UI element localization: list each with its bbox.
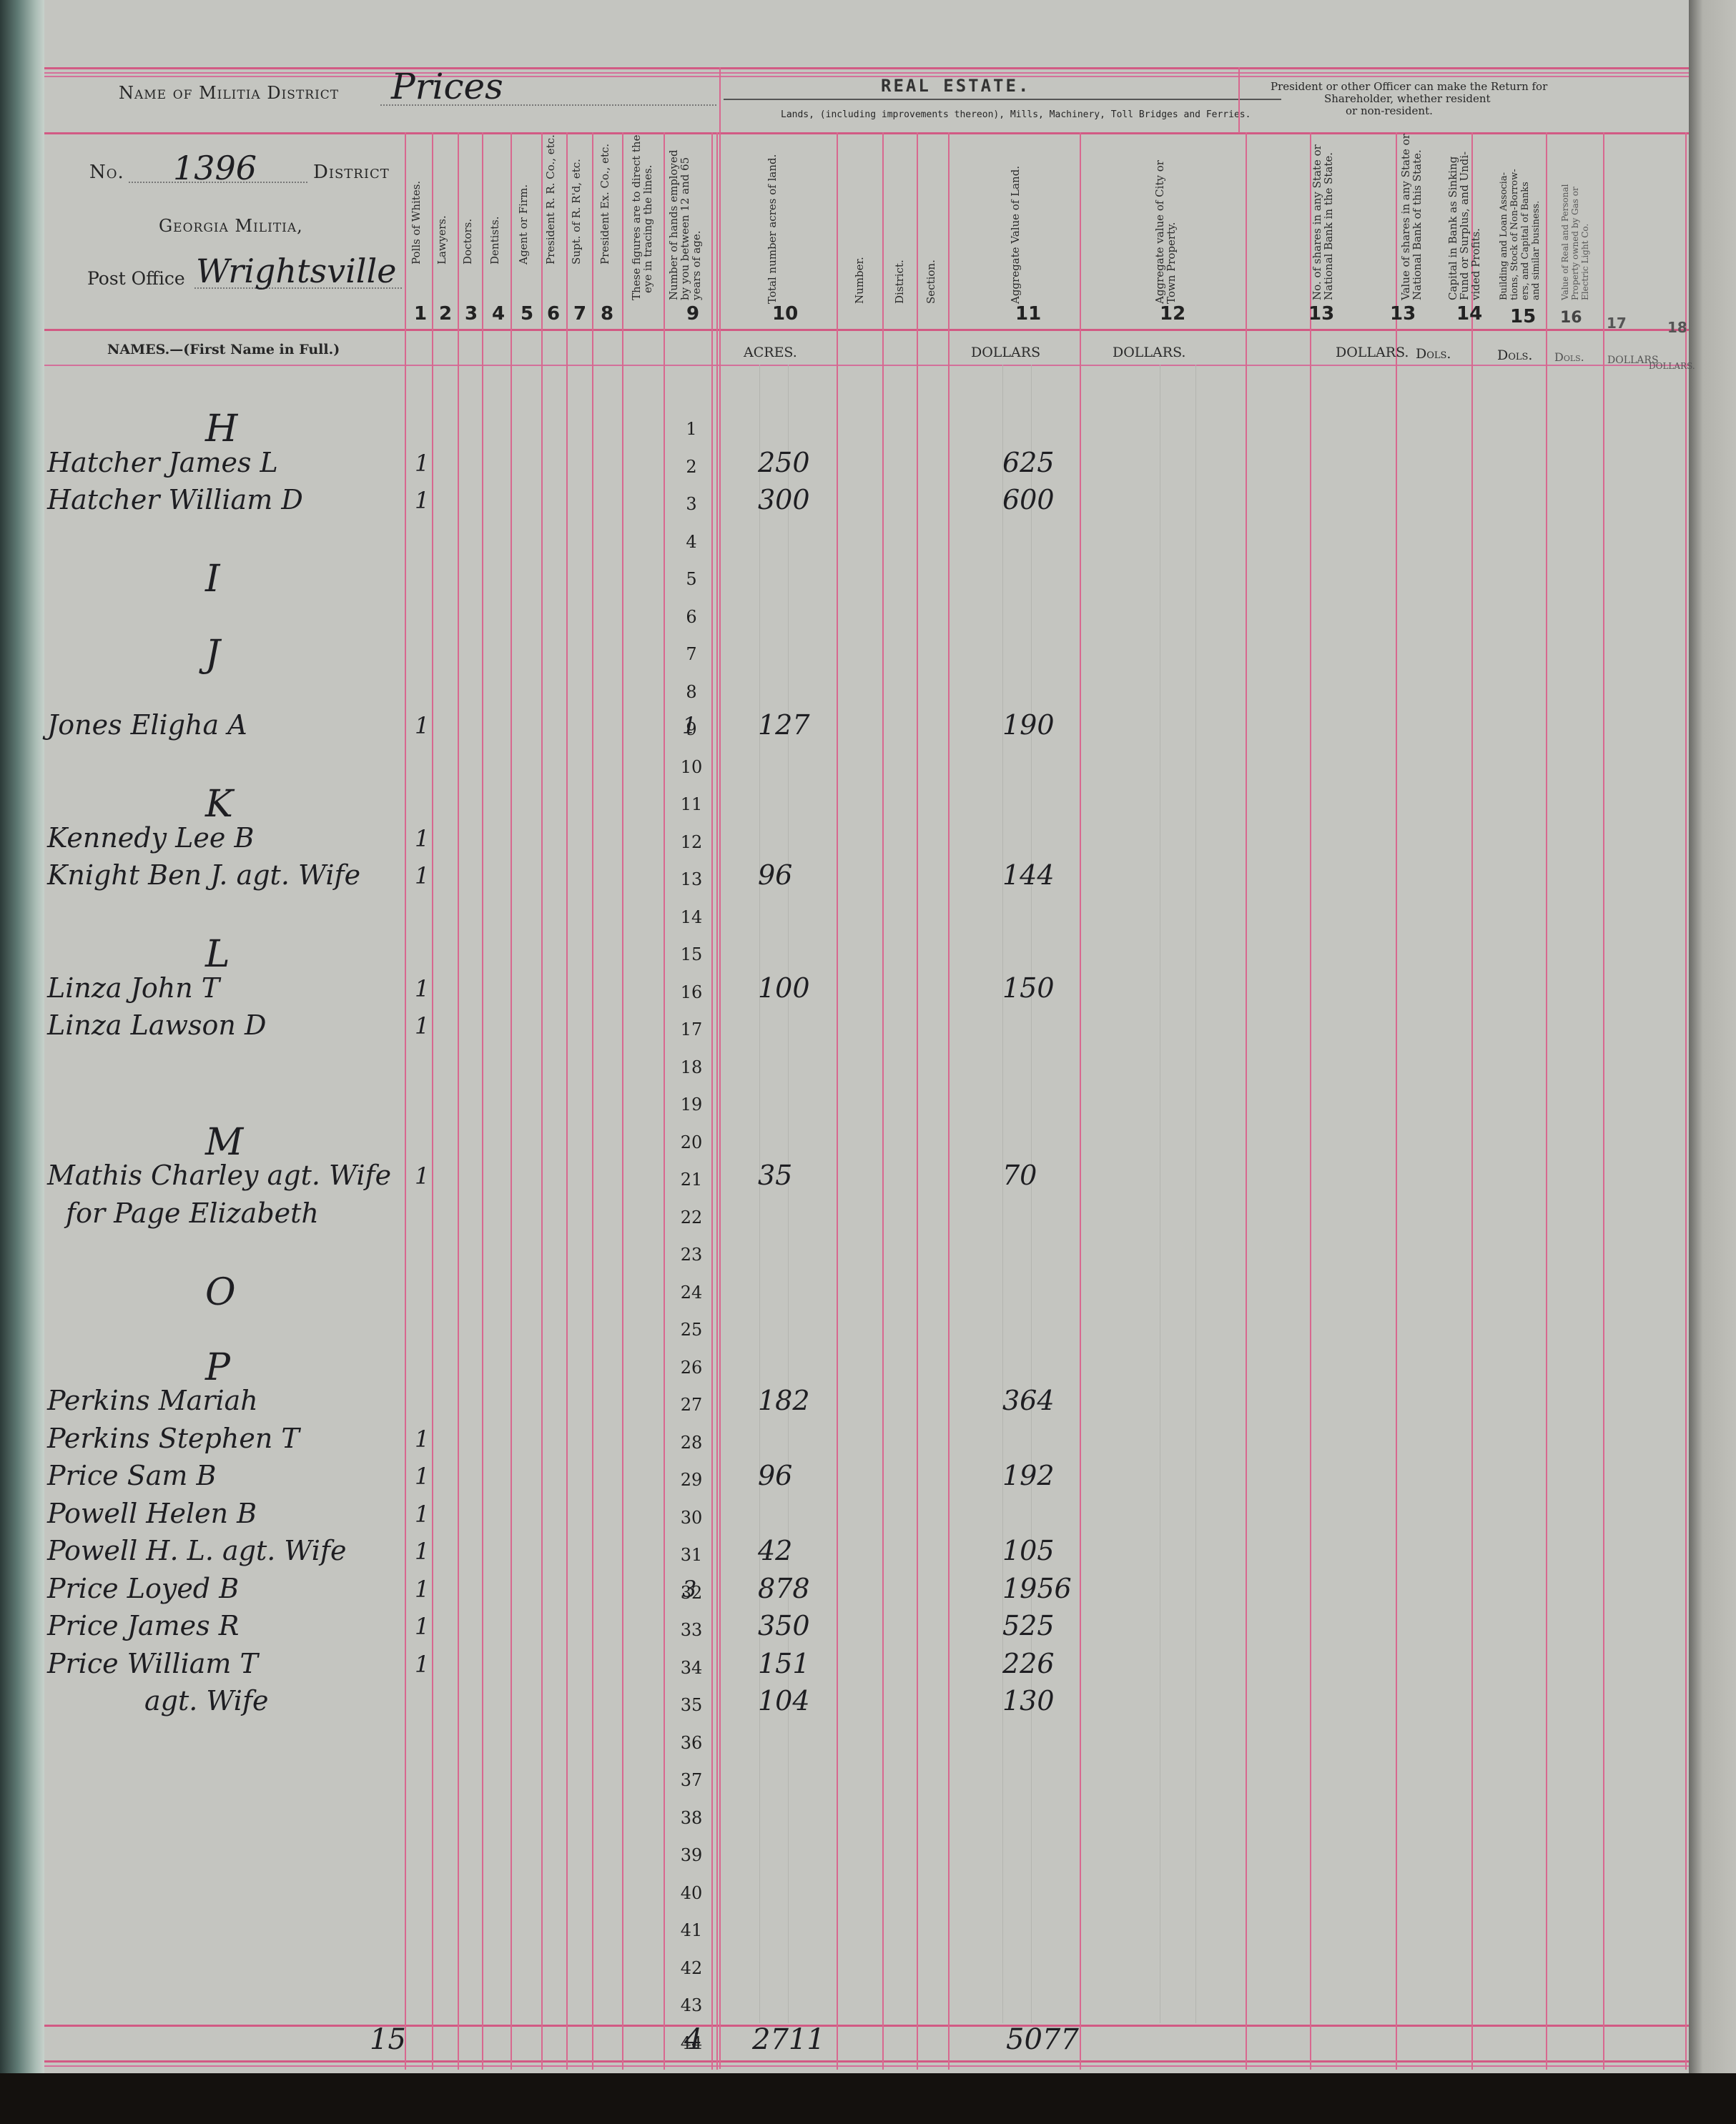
entry-name: Powell H. L. agt. Wife (47, 1535, 347, 1566)
line-number: 25 (674, 1320, 709, 1340)
line-number: 27 (674, 1395, 709, 1415)
real-estate-left-rule (719, 67, 721, 2069)
entry-polls: 1 (415, 1501, 429, 1528)
facing-page-edge (1689, 0, 1736, 2124)
entry-hands: 1 (682, 712, 696, 739)
col13b-rule (1396, 132, 1397, 2070)
entry-polls: 1 (415, 1426, 429, 1453)
colnum-17: 17 (1607, 315, 1627, 332)
line-number: 24 (674, 1283, 709, 1303)
entry-acres: 96 (758, 1460, 792, 1491)
col8-rule (622, 132, 623, 2070)
colnum-4: 4 (492, 303, 505, 325)
line-number: 16 (674, 982, 709, 1002)
unit-capital-dols: Dols. (1416, 346, 1451, 362)
alphabet-heading: J (205, 633, 220, 676)
entry-land-value: 150 (1002, 972, 1055, 1004)
col2-rule (458, 132, 459, 2070)
entry-name: Hatcher James L (47, 447, 278, 478)
entry-polls: 1 (415, 1576, 429, 1603)
col-header-aggregate-land: Aggregate Value of Land. (1010, 166, 1022, 304)
entry-name: Knight Ben J. agt. Wife (47, 859, 360, 891)
col-header-shares-value-2: National Bank of this State. (1411, 149, 1424, 300)
colnum-11: 11 (1015, 303, 1041, 325)
col11-rule (1080, 132, 1081, 2070)
entry-name: agt. Wife (144, 1685, 269, 1717)
unit-city-dollars: DOLLARS. (1113, 345, 1185, 360)
unit-shares-dollars: DOLLARS. (1336, 345, 1409, 360)
total-value: 5077 (1006, 2023, 1079, 2056)
entry-name: Price James R (47, 1610, 239, 1641)
top-rule-3 (44, 76, 1689, 77)
subrule (1031, 365, 1032, 2023)
district-name-value: Prices (391, 66, 503, 107)
alphabet-heading: P (205, 1346, 230, 1389)
line-number: 39 (674, 1845, 709, 1865)
alphabet-heading: I (205, 558, 220, 601)
line-number: 7 (674, 644, 709, 664)
district-label: Name of Militia District (119, 83, 339, 103)
entry-acres: 35 (758, 1160, 792, 1191)
section-rule (948, 132, 950, 2070)
totals-bottom-rule-2 (44, 2065, 1689, 2067)
col-header-hands-3: years of age. (691, 231, 703, 300)
line-number: 28 (674, 1433, 709, 1453)
entry-name: Perkins Stephen T (47, 1423, 300, 1454)
col-header-acres: Total number acres of land. (766, 154, 779, 304)
col7-rule (592, 132, 593, 2070)
col-header-supt-rr: Supt. of R. R'd, etc. (571, 159, 583, 265)
unit-building-dols: Dols. (1497, 347, 1532, 363)
colnum-3: 3 (465, 303, 478, 325)
header-rule (44, 132, 1689, 134)
real-estate-title: REAL ESTATE. (881, 76, 1030, 96)
line-number: 22 (674, 1207, 709, 1228)
entry-land-value: 226 (1002, 1648, 1055, 1679)
col-header-gas-3: Electric Light Co. (1580, 224, 1590, 300)
col5-rule (541, 132, 543, 2070)
entry-polls: 1 (415, 1613, 429, 1640)
entry-name: Perkins Mariah (47, 1385, 258, 1416)
colnum-10: 10 (772, 303, 798, 325)
col-header-capital-3: vided Profits. (1470, 228, 1482, 300)
col-header-building-3: ers, and Capital of Banks (1520, 182, 1531, 300)
entry-acres: 100 (758, 972, 810, 1004)
entry-land-value: 105 (1002, 1535, 1055, 1566)
alphabet-heading: H (205, 407, 237, 450)
entry-polls: 1 (415, 862, 429, 889)
line-number: 14 (674, 907, 709, 927)
line-number: 8 (674, 682, 709, 702)
line-number: 37 (674, 1770, 709, 1790)
entry-hands: 3 (682, 1576, 696, 1603)
line-number: 19 (674, 1095, 709, 1115)
entry-name: Mathis Charley agt. Wife (47, 1160, 391, 1191)
entry-land-value: 190 (1002, 709, 1055, 741)
entry-land-value: 130 (1002, 1685, 1055, 1717)
line-number: 12 (674, 832, 709, 852)
entry-name: Price Loyed B (47, 1573, 239, 1604)
desk-shadow (0, 2073, 1736, 2124)
col-header-dentists: Dentists. (489, 216, 501, 265)
shareholder-note-line1: President or other Officer can make the … (1271, 80, 1547, 93)
militia-label: Georgia Militia, (159, 216, 303, 236)
col-header-agent: Agent or Firm. (518, 184, 530, 265)
entry-acres: 104 (758, 1685, 810, 1717)
line-number: 36 (674, 1733, 709, 1753)
total-hands: 4 (684, 2023, 702, 2056)
entry-land-value: 600 (1002, 484, 1055, 515)
colnum-1: 1 (414, 303, 427, 325)
names-column-header: NAMES.—(First Name in Full.) (107, 342, 340, 357)
line-number: 35 (674, 1695, 709, 1715)
col-header-gas-1: Value of Real and Personal (1560, 184, 1570, 300)
col3-rule (482, 132, 483, 2070)
entry-polls: 1 (415, 825, 429, 852)
col-header-president-rr: President R. R. Co., etc. (545, 134, 557, 265)
line-number: 4 (674, 532, 709, 552)
post-office-value: Wrightsville (196, 252, 396, 290)
entry-acres: 250 (758, 447, 810, 478)
colnum-2: 2 (439, 303, 452, 325)
district-rule (917, 132, 918, 2070)
colnum-18: 18 (1667, 319, 1687, 336)
entry-name: Linza John T (47, 972, 220, 1004)
line-number: 26 (674, 1358, 709, 1378)
col-header-building-1: Building and Loan Associa- (1499, 172, 1509, 300)
entry-polls: 1 (415, 712, 429, 739)
line-number: 11 (674, 794, 709, 814)
entry-polls: 1 (415, 487, 429, 514)
line-number: 5 (674, 569, 709, 589)
post-office-label: Post Office (87, 268, 185, 289)
alphabet-heading: O (205, 1271, 236, 1314)
shareholder-note-line3: or non-resident. (1346, 104, 1433, 117)
alphabet-heading: K (205, 783, 233, 826)
entry-name: Hatcher William D (47, 484, 303, 515)
names-right-rule (405, 132, 406, 2070)
entry-acres: 300 (758, 484, 810, 515)
line-number: 31 (674, 1545, 709, 1565)
number-rule (882, 132, 884, 2070)
colnum-9: 9 (686, 303, 699, 325)
subrule (1002, 365, 1003, 2023)
line-number: 30 (674, 1508, 709, 1528)
col6-rule (566, 132, 568, 2070)
entry-polls: 1 (415, 1463, 429, 1490)
line-number: 21 (674, 1170, 709, 1190)
district-number-value: 1396 (173, 149, 257, 187)
line-number: 10 (674, 757, 709, 777)
colnum-6: 6 (547, 303, 560, 325)
colnum-12: 12 (1160, 303, 1185, 325)
entry-acres: 96 (758, 859, 792, 891)
col-header-president-ex: President Ex. Co., etc. (599, 144, 611, 265)
line-number: 20 (674, 1132, 709, 1152)
units-rule (44, 365, 1689, 366)
entry-land-value: 364 (1002, 1385, 1055, 1416)
col10-rule (837, 132, 838, 2070)
line-number: 34 (674, 1658, 709, 1678)
col-header-building-4: and similar business. (1531, 201, 1542, 300)
subrule (1160, 365, 1160, 2023)
colnum-5: 5 (521, 303, 533, 325)
line-number: 15 (674, 944, 709, 964)
entry-name: Linza Lawson D (47, 1009, 266, 1041)
unit-18-dollars: DOLLARS. (1649, 361, 1695, 371)
unit-land-dollars: DOLLARS (971, 345, 1040, 360)
line-number: 40 (674, 1883, 709, 1903)
entry-acres: 42 (758, 1535, 792, 1566)
total-polls: 15 (370, 2023, 406, 2056)
line-number: 38 (674, 1808, 709, 1828)
number-label: No. (89, 162, 124, 183)
col15-rule (1546, 132, 1547, 2070)
entry-land-value: 1956 (1002, 1573, 1072, 1604)
line-number: 6 (674, 607, 709, 627)
col-header-building-2: tions, Stock of Non-Borrow- (1509, 169, 1520, 300)
subrule (788, 365, 789, 2023)
real-estate-subtitle: Lands, (including improvements thereon),… (781, 109, 1251, 120)
col-header-tracing-2: eye in tracing the lines. (642, 164, 654, 293)
entry-name: Kennedy Lee B (47, 822, 254, 854)
entry-acres: 182 (758, 1385, 810, 1416)
colnum-15: 15 (1510, 306, 1536, 327)
col-header-section: Section. (925, 260, 937, 304)
ledger-page: Name of Militia District Prices REAL EST… (44, 0, 1689, 2073)
gutter-rule (1685, 132, 1687, 2070)
line-number: 2 (674, 457, 709, 477)
entry-acres: 878 (758, 1573, 810, 1604)
line-number: 41 (674, 1920, 709, 1940)
col-header-number: Number. (854, 257, 866, 304)
col-header-shares-no-2: National Bank in the State. (1323, 152, 1335, 300)
top-rule (44, 67, 1689, 69)
entry-land-value: 144 (1002, 859, 1055, 891)
col-header-lawyers: Lawyers. (436, 215, 448, 265)
entry-land-value: 525 (1002, 1610, 1055, 1641)
entry-name: for Page Elizabeth (66, 1197, 319, 1229)
col16-rule (1603, 132, 1604, 2070)
entry-name: Powell Helen B (47, 1498, 257, 1529)
col4-rule (511, 132, 512, 2070)
colnum-16: 16 (1560, 309, 1582, 327)
total-acres: 2711 (752, 2023, 825, 2056)
line-number: 33 (674, 1620, 709, 1640)
colnum-8: 8 (601, 303, 613, 325)
entry-acres: 127 (758, 709, 810, 741)
line-number: 23 (674, 1245, 709, 1265)
colnum-13b: 13 (1390, 303, 1416, 325)
col9-rule (711, 132, 718, 2070)
line-number: 17 (674, 1019, 709, 1039)
col-header-polls: Polls of Whites. (410, 181, 423, 265)
line-number: 18 (674, 1057, 709, 1077)
colnum-7: 7 (573, 303, 586, 325)
entry-name: Price William T (47, 1648, 258, 1679)
col14-rule (1471, 132, 1473, 2070)
district-suffix: District (313, 162, 390, 183)
col-header-gas-2: Property owned by Gas or (1570, 187, 1580, 300)
totals-bottom-rule (44, 2060, 1689, 2063)
colnum-14: 14 (1456, 303, 1482, 325)
col-header-doctors: Doctors. (462, 219, 474, 265)
entry-polls: 1 (415, 1538, 429, 1565)
line-number: 3 (674, 494, 709, 514)
linenum-rule (664, 132, 665, 2070)
shareholder-note-line2: Shareholder, whether resident (1324, 92, 1491, 105)
alphabet-heading: L (205, 933, 230, 976)
entry-polls: 1 (415, 975, 429, 1002)
col12-rule (1246, 132, 1247, 2070)
subrule (1195, 365, 1196, 2023)
subrule (759, 365, 760, 2023)
line-number: 43 (674, 1995, 709, 2015)
entry-land-value: 192 (1002, 1460, 1055, 1491)
entry-polls: 1 (415, 1162, 429, 1190)
col13a-rule (1310, 132, 1311, 2070)
col-header-city-property-2: Town Property. (1165, 222, 1178, 304)
entry-polls: 1 (415, 1012, 429, 1039)
entry-name: Jones Eligha A (47, 709, 247, 741)
entry-polls: 1 (415, 1651, 429, 1678)
unit-gas-dols: Dols. (1554, 350, 1584, 364)
col-header-district: District. (894, 260, 906, 304)
top-rule-2 (44, 72, 1689, 74)
ledger-binding (0, 0, 44, 2124)
entry-polls: 1 (415, 450, 429, 477)
line-number: 29 (674, 1470, 709, 1490)
alphabet-heading: M (205, 1121, 243, 1164)
unit-acres: ACRES. (744, 345, 797, 360)
col1-rule (432, 132, 433, 2070)
entry-name: Price Sam B (47, 1460, 216, 1491)
entry-acres: 151 (758, 1648, 810, 1679)
entry-land-value: 625 (1002, 447, 1055, 478)
shareholder-divider (1238, 67, 1240, 133)
line-number: 42 (674, 1958, 709, 1978)
totals-top-rule (44, 2025, 1689, 2027)
colnum-13a: 13 (1308, 303, 1334, 325)
entry-land-value: 70 (1002, 1160, 1037, 1191)
line-number: 1 (674, 419, 709, 439)
column-header-rule (44, 329, 1689, 331)
line-number: 13 (674, 869, 709, 889)
real-estate-underline (724, 99, 1281, 100)
entry-acres: 350 (758, 1610, 810, 1641)
